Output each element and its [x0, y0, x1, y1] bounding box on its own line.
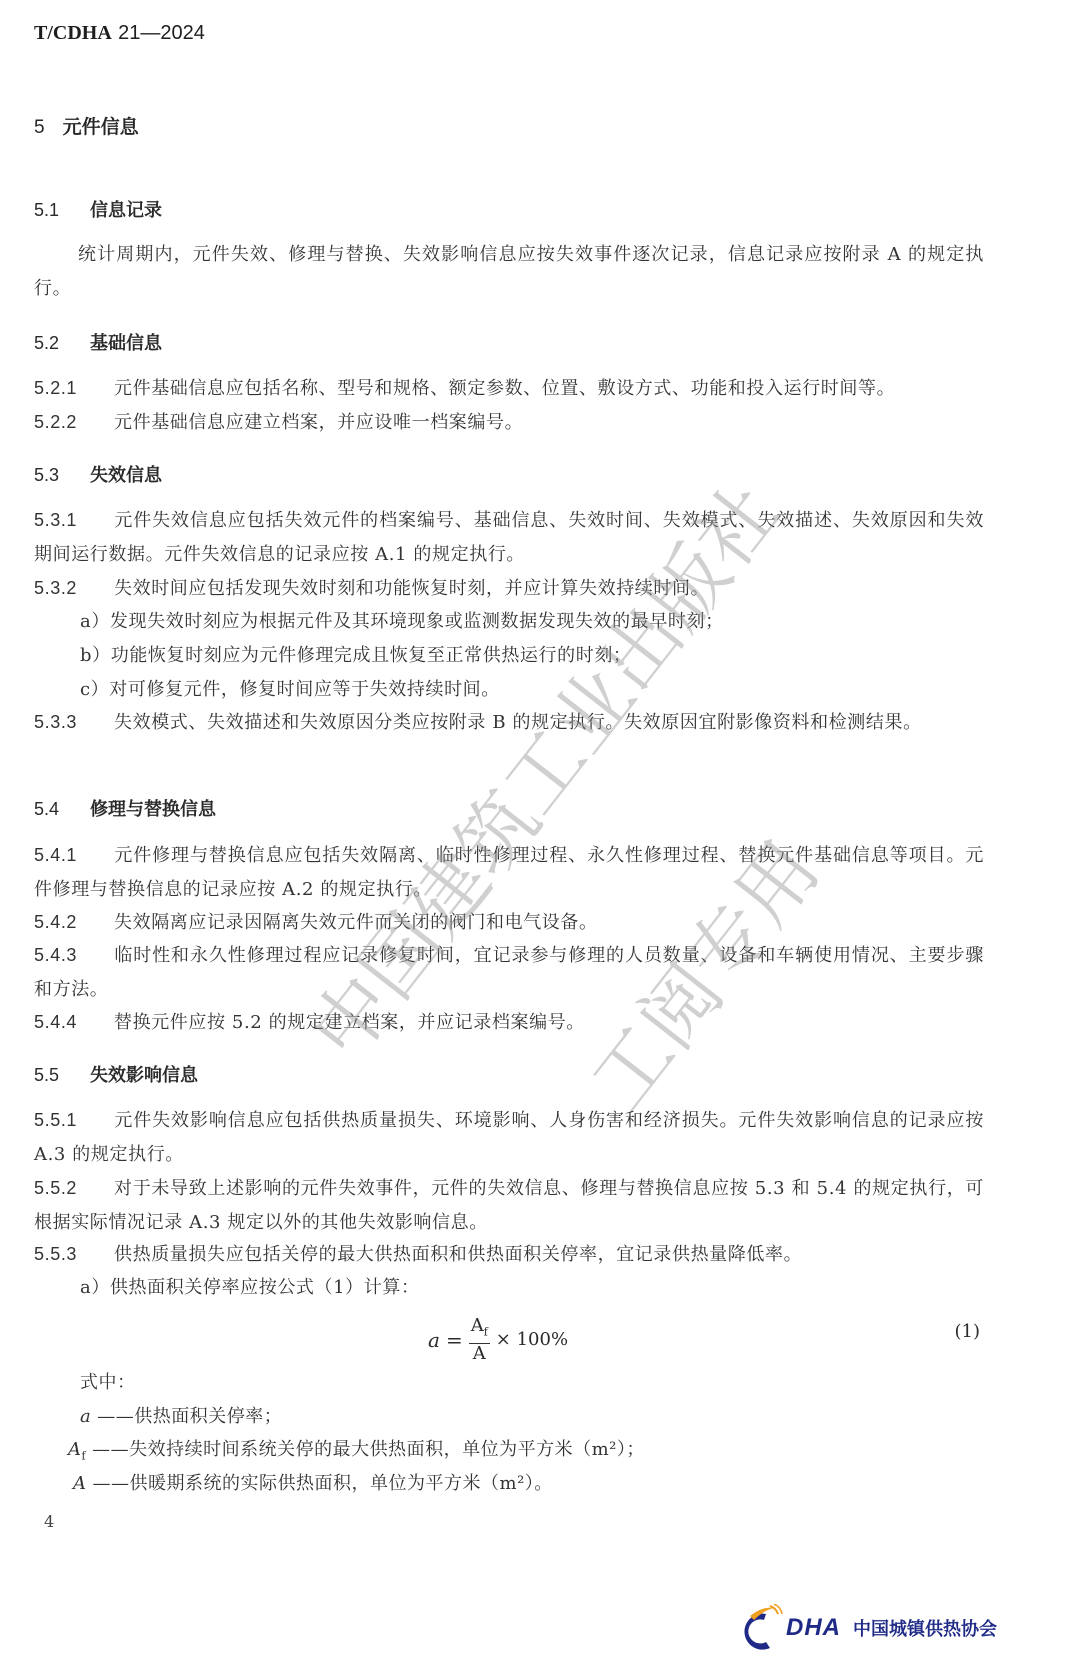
symbol-description: ——供热面积关停率；	[97, 1406, 282, 1427]
clause-5-5-2: 5.5.2对于未导致上述影响的元件失效事件，元件的失效信息、修理与替换信息应按 …	[34, 1171, 984, 1240]
equation-number: (1)	[955, 1321, 981, 1342]
list-item-a-formula-intro: a）供热面积关停率应按公式（1）计算：	[80, 1271, 980, 1305]
section-heading-5-4: 5.4修理与替换信息	[34, 795, 216, 821]
clause-number: 5.3.2	[34, 571, 114, 605]
section-heading-5-5: 5.5失效影响信息	[34, 1061, 198, 1087]
numerator-symbol: A	[471, 1315, 484, 1336]
section-title: 修理与替换信息	[90, 799, 216, 819]
symbol-subscript: f	[82, 1450, 87, 1463]
clause-5-5-3: 5.5.3供热质量损失应包括关停的最大供热面积和供热面积关停率，宜记录供热量降低…	[34, 1237, 984, 1272]
chapter-title: 元件信息	[63, 117, 139, 138]
page-number: 4	[44, 1512, 54, 1531]
clause-text: 元件失效影响信息应包括供热质量损失、环境影响、人身伤害和经济损失。元件失效影响信…	[34, 1110, 984, 1165]
section-number: 5.3	[34, 465, 90, 486]
symbol: A	[73, 1473, 87, 1494]
clause-text: 失效时间应包括发现失效时刻和功能恢复时刻，并应计算失效持续时间。	[114, 578, 709, 599]
list-item-b: b）功能恢复时刻应为元件修理完成且恢复至正常供热运行的时刻；	[80, 639, 980, 673]
symbol: a	[80, 1406, 91, 1427]
section-title: 失效信息	[90, 465, 162, 485]
formula-1: a = Af A × 100%	[428, 1316, 568, 1364]
where-label: 式中：	[80, 1368, 136, 1394]
clause-text: 临时性和永久性修理过程应记录修复时间，宜记录参与修理的人员数量、设备和车辆使用情…	[34, 945, 984, 1000]
list-item-a: a）发现失效时刻应为根据元件及其环境现象或监测数据发现失效的最早时刻；	[80, 605, 980, 639]
clause-5-4-1: 5.4.1元件修理与替换信息应包括失效隔离、临时性修理过程、永久性修理过程、替换…	[34, 838, 984, 907]
clause-5-4-2: 5.4.2失效隔离应记录因隔离失效元件而关闭的阀门和电气设备。	[34, 905, 984, 940]
clause-text: 元件基础信息应包括名称、型号和规格、额定参数、位置、敷设方式、功能和投入运行时间…	[114, 378, 895, 399]
clause-number: 5.3.3	[34, 705, 114, 739]
clause-number: 5.4.3	[34, 938, 114, 972]
clause-5-3-2: 5.3.2失效时间应包括发现失效时刻和功能恢复时刻，并应计算失效持续时间。	[34, 571, 984, 606]
symbol-description: ——失效持续时间系统关停的最大供热面积，单位为平方米（m²）；	[92, 1439, 645, 1460]
section-number: 5.5	[34, 1065, 90, 1086]
section-heading-5-1: 5.1信息记录	[34, 196, 162, 222]
section-number: 5.2	[34, 333, 90, 354]
clause-number: 5.5.2	[34, 1171, 114, 1205]
formula-lhs: a	[428, 1328, 440, 1352]
symbol: A	[68, 1439, 82, 1460]
clause-5-3-1: 5.3.1元件失效信息应包括失效元件的档案编号、基础信息、失效时间、失效模式、失…	[34, 503, 984, 572]
formula-fraction: Af A	[469, 1316, 490, 1364]
formula-equals: =	[446, 1328, 463, 1352]
clause-number: 5.2.1	[34, 371, 114, 405]
cdha-logo-icon	[740, 1604, 786, 1652]
clause-5-4-3: 5.4.3临时性和永久性修理过程应记录修复时间，宜记录参与修理的人员数量、设备和…	[34, 938, 984, 1007]
clause-number: 5.4.1	[34, 838, 114, 872]
clause-5-2-2: 5.2.2元件基础信息应建立档案，并应设唯一档案编号。	[34, 405, 984, 440]
clause-number: 5.5.3	[34, 1237, 114, 1271]
section-heading-5-2: 5.2基础信息	[34, 329, 162, 355]
section-title: 基础信息	[90, 333, 162, 353]
clause-number: 5.4.2	[34, 905, 114, 939]
where-item-A: A——供暖期系统的实际供热面积，单位为平方米（m²）。	[73, 1469, 553, 1495]
standard-code: T/CDHA	[34, 22, 112, 44]
list-item-c: c）对可修复元件，修复时间应等于失效持续时间。	[80, 673, 980, 707]
clause-text: 失效隔离应记录因隔离失效元件而关闭的阀门和电气设备。	[114, 912, 598, 933]
section-heading-5-3: 5.3失效信息	[34, 461, 162, 487]
chapter-heading: 5元件信息	[34, 112, 139, 139]
clause-text: 元件基础信息应建立档案，并应设唯一档案编号。	[114, 412, 523, 433]
clause-text: 元件修理与替换信息应包括失效隔离、临时性修理过程、永久性修理过程、替换元件基础信…	[34, 845, 984, 900]
chapter-number: 5	[34, 117, 45, 139]
fraction-denominator: A	[473, 1344, 486, 1364]
clause-text: 元件失效信息应包括失效元件的档案编号、基础信息、失效时间、失效模式、失效描述、失…	[34, 510, 984, 565]
section-number: 5.1	[34, 200, 90, 221]
clause-text: 失效模式、失效描述和失效原因分类应按附录 B 的规定执行。失效原因宜附影像资料和…	[114, 712, 922, 733]
symbol-description: ——供暖期系统的实际供热面积，单位为平方米（m²）。	[93, 1473, 553, 1494]
fraction-numerator: Af	[469, 1316, 490, 1344]
clause-text: 供热质量损失应包括关停的最大供热面积和供热面积关停率，宜记录供热量降低率。	[114, 1244, 802, 1265]
where-item-af: Af——失效持续时间系统关停的最大供热面积，单位为平方米（m²）；	[68, 1435, 645, 1463]
clause-number: 5.3.1	[34, 503, 114, 537]
clause-5-3-3: 5.3.3失效模式、失效描述和失效原因分类应按附录 B 的规定执行。失效原因宜附…	[34, 705, 984, 740]
standard-code-header: T/CDHA 21—2024	[34, 20, 205, 45]
cdha-logo: DHA 中国城镇供热协会	[740, 1604, 997, 1652]
clause-5-4-4: 5.4.4替换元件应按 5.2 的规定建立档案，并应记录档案编号。	[34, 1005, 984, 1040]
section-title: 信息记录	[90, 200, 162, 220]
section-number: 5.4	[34, 799, 90, 820]
clause-text: 替换元件应按 5.2 的规定建立档案，并应记录档案编号。	[114, 1012, 585, 1033]
where-item-a: a——供热面积关停率；	[80, 1402, 282, 1428]
clause-number: 5.2.2	[34, 405, 114, 439]
formula-tail: × 100%	[496, 1329, 568, 1350]
numerator-subscript: f	[484, 1326, 488, 1339]
logo-organization-name: 中国城镇供热协会	[853, 1615, 997, 1641]
clause-5-5-1: 5.5.1元件失效影响信息应包括供热质量损失、环境影响、人身伤害和经济损失。元件…	[34, 1103, 984, 1172]
clause-number: 5.5.1	[34, 1103, 114, 1137]
clause-5-2-1: 5.2.1元件基础信息应包括名称、型号和规格、额定参数、位置、敷设方式、功能和投…	[34, 371, 984, 406]
standard-number: 21—2024	[118, 22, 205, 44]
paragraph-5-1: 统计周期内，元件失效、修理与替换、失效影响信息应按失效事件逐次记录，信息记录应按…	[34, 238, 984, 306]
clause-number: 5.4.4	[34, 1005, 114, 1039]
clause-text: 对于未导致上述影响的元件失效事件，元件的失效信息、修理与替换信息应按 5.3 和…	[34, 1178, 984, 1233]
logo-abbreviation: DHA	[786, 1614, 841, 1642]
section-title: 失效影响信息	[90, 1065, 198, 1085]
